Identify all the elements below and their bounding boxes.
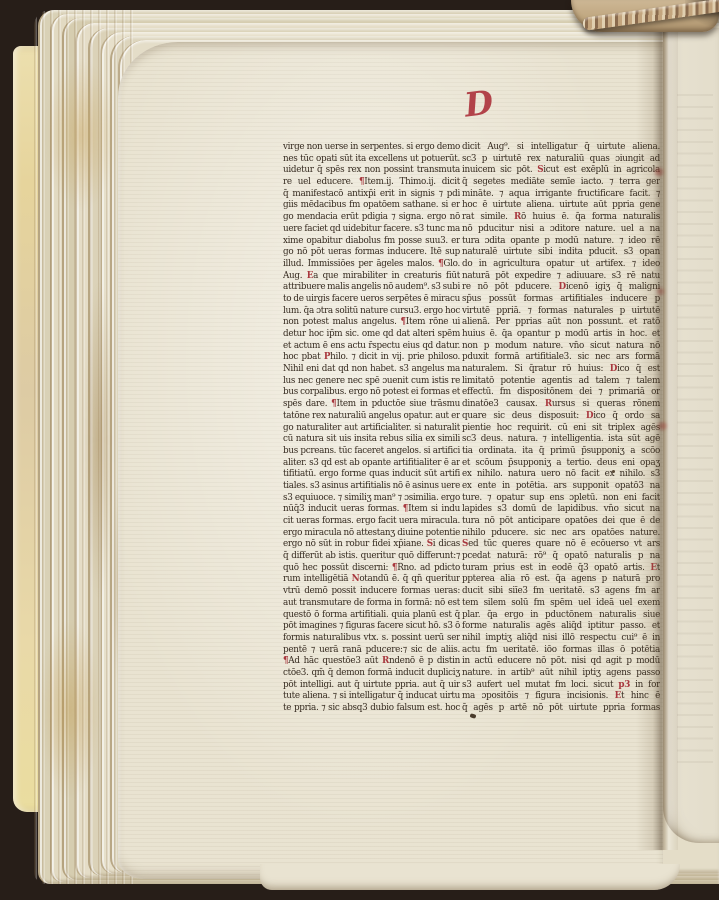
rubric-mark: D: [559, 282, 566, 292]
edge-stain: [46, 60, 116, 210]
text-line: uidetur q̄ spēs rex non possint transmut…: [283, 164, 460, 176]
text-line: formis naturalibus vtx. s. possint uerū …: [283, 632, 460, 644]
text-line: re uel educere. ¶Item.ij. Thimo.ij. dici…: [283, 176, 460, 188]
text-line: spēs dare. ¶Item in pductōe siue trāsmu: [283, 398, 460, 410]
text-line: dicit Aug⁹. si intelligatur q̄ uirtute a…: [462, 141, 660, 153]
text-line: nihil imptiʒ aliq̄d nisi illō respectu c…: [462, 632, 660, 644]
page-bottom-curve: [260, 864, 680, 890]
edge-stain: [84, 280, 114, 600]
text-line: bus pcreans. tūc faceret angelos. si art…: [283, 445, 460, 457]
text-line: q̄ manifestacō antixp̄i erit in signis ⁊…: [283, 188, 460, 200]
text-line: ex ente in potētia. ars supponit opatō3 …: [462, 480, 660, 492]
text-line: non p modum nature. vn̄o sicut natura nō: [462, 340, 660, 352]
text-line: nō pducitur nisi a ɔditore nature. uel a…: [462, 223, 660, 235]
text-line: naturalem. Si q̄ratur rō huius: Dico q̄ …: [462, 363, 660, 375]
text-line: bus corpalibus. ergo nō potest ei formas…: [283, 386, 460, 398]
rubric-mark: R: [545, 399, 552, 409]
text-line: cū natura sit uis insita rebus silia ex …: [283, 433, 460, 445]
text-line: ctōe3. qm̄ q̄ demon formā inducit duplic…: [283, 667, 460, 679]
text-line: uere faciet qd uidebitur facere. s3 tunc…: [283, 223, 460, 235]
text-line: s3 equiuoce. ⁊ similiʒ man⁹ ⁊ ɔsimilia. …: [283, 492, 460, 504]
text-line: lapides s3 domū de lapidibus. vn̄o sicut…: [462, 503, 660, 515]
text-line: sp̄us possūt formas artifitiales inducer…: [462, 293, 660, 305]
text-line: tia ordinata. ita q̄ primū p̄supponiʒ a …: [462, 445, 660, 457]
text-line: ex nihilo. natura uero nō facit ex nihil…: [462, 468, 660, 480]
text-line: pientie hoc requirit. cū eni sit triplex…: [462, 422, 660, 434]
text-line: virge non uerse in serpentes. si ergo de…: [283, 141, 460, 153]
text-line: sc3 p uirtutē rex naturaliū quas ɔiungit…: [462, 153, 660, 165]
text-line: limitatō potentie agentis ad talem ⁊ tal…: [462, 375, 660, 387]
text-line: xime opabitur diabolus fm posse suu3. er: [283, 235, 460, 247]
gutter-fold-shadow: [636, 26, 678, 850]
text-line: ppterea alia rō est. q̄a agens p naturā …: [462, 573, 660, 585]
text-line: tute aliena. ⁊ si intelligatur q̄ induca…: [283, 690, 460, 702]
text-line: aut transmutare de forma in formā: nō es…: [283, 597, 460, 609]
rubric-mark: p3: [618, 680, 630, 690]
text-line: ergo nō sūt in robur fidei xp̄iane. Si d…: [283, 538, 460, 550]
text-line: q̄ agēs p artē nō pōt uirtute ppria form…: [462, 702, 660, 714]
text-line: Nihil eni dat qd non habet. s3 angelus m…: [283, 363, 460, 375]
text-line: quō hec possūt discerni: ¶R̄no. ad pdict…: [283, 562, 460, 574]
text-line: lum. q̄a ɔtra solitū nature cursu3. ergo…: [283, 305, 460, 317]
text-line: tura nō pōt anticipare opatōes dei que ē…: [462, 515, 660, 527]
text-line: go nō pōt ueras formas inducere. Itē sup: [283, 246, 460, 258]
text-line: detur hoc ip̄m sic. ome qd dat alteri sp…: [283, 328, 460, 340]
text-line: hoc ē uirtute aliena. uirtute aūt ppria …: [462, 199, 660, 211]
text-line: pōt intelligi. aut q̄ uirtute ppria. aut…: [283, 679, 460, 691]
text-line: pentē ⁊ uerā ranā pducere:⁊ sic de aliis…: [283, 644, 460, 656]
text-line: pduxit formā artifitiale3. sic nec ars f…: [462, 351, 660, 363]
text-line: rum intelligētiā Notandū ē. q̄ qn̄ queri…: [283, 573, 460, 585]
text-line: aliter. s3 qd est ab opante artifitialit…: [283, 457, 460, 469]
text-line: alienā. Per pprias aūt non possunt. et r…: [462, 316, 660, 328]
text-line: rat simile. Rō huius ē. q̄a forma natura…: [462, 211, 660, 223]
text-line: actu fm ueritatē. iōo formas illas ō pot…: [462, 644, 660, 656]
text-line: ma ɔpositōis ⁊ figura incisionis. Et hin…: [462, 690, 660, 702]
text-line: vtrū demō possit inducere formas ueras:: [283, 585, 460, 597]
text-line: questō ō forma artifitiali. quia planū e…: [283, 609, 460, 621]
text-line: do in agricultura opatur ut artifex. ⁊ i…: [462, 258, 660, 270]
text-line: ducit sibi siīe3 fm ueritatē. s3 agens f…: [462, 585, 660, 597]
text-line: te ppria. ⁊ sic absq3 dubio falsum est. …: [283, 702, 460, 714]
text-line: nūq̄3 inducit ueras formas. ¶Item si ind…: [283, 503, 460, 515]
text-line: dinatōe3 causax. Rursus si queras rōnem: [462, 398, 660, 410]
text-line: virtutē ppriā. ⁊ formas naturales p uirt…: [462, 305, 660, 317]
rubric-mark: D: [610, 364, 617, 374]
text-line: naturā pōt expedire ⁊ adiuuare. s3 rē na…: [462, 270, 660, 282]
text-line: q̄ segetes mediāte semīe iacto. ⁊ terra …: [462, 176, 660, 188]
text-line: nature. in artib⁹ aūt nihil iptiʒ agens …: [462, 667, 660, 679]
text-line: q̄ differūt ab istis. queritur quō diffe…: [283, 550, 460, 562]
text-line: mināte. ⁊ aqua irrigante fructificare fa…: [462, 188, 660, 200]
text-line: illud. Immissiōes per āgeles malos. ¶Glo…: [283, 258, 460, 270]
text-line: cit ueras formas. ergo facit uera miracu…: [283, 515, 460, 527]
text-line: pōt imagines ⁊ figuras facere sicut hō. …: [283, 620, 460, 632]
text-line: forme naturalis agēs aliq̄d iptitur pass…: [462, 620, 660, 632]
rubric-mark: R: [382, 656, 389, 666]
text-line: tifitiatū. ergo forme quas inducit sūt a…: [283, 468, 460, 480]
text-line: hoc pbat Philo. ⁊ dicit in vij. prie phi…: [283, 351, 460, 363]
text-line: pcedat naturā: rō⁹ q̄ opatō naturalis p …: [462, 550, 660, 562]
text-line: non potest malus angelus. ¶Item rōne ui: [283, 316, 460, 328]
text-line: re nō pōt pducere. Dicenō igiʒ q̄ malign…: [462, 281, 660, 293]
text-line: tem silem solū fm spēm uel ideā uel exem: [462, 597, 660, 609]
text-line: plar. q̄a ergo in pductōnem naturalis si…: [462, 609, 660, 621]
rubric-mark: R: [514, 212, 521, 222]
text-line: nes tūc opati sūt ita excellens ut potue…: [283, 153, 460, 165]
edge-stain: [40, 620, 100, 800]
ink-speck: [612, 470, 615, 473]
text-line: tatōne rex naturaliū angelus opatur. aut…: [283, 410, 460, 422]
text-line: huius ē. q̄a opantur p modū artis in hoc…: [462, 328, 660, 340]
text-line: to de uirgis facere ueros serpētes ē mir…: [283, 293, 460, 305]
text-line: go naturaliter aut artificialiter. si na…: [283, 422, 460, 434]
text-line: et scōum p̄supponiʒ a tertio. deus eni o…: [462, 457, 660, 469]
text-line: giis mēdacibus fm opatōem sathane. si er: [283, 199, 460, 211]
text-line: inuicem sic pōt. Sicut est exēplū in agr…: [462, 164, 660, 176]
text-line: Sed tūc queres quare nō ē ecōuerso vt ar…: [462, 538, 660, 550]
text-line: ¶Ad hāc questōe3 aūt Rndenō ē p distin: [283, 655, 460, 667]
text-line: sc3 deus. natura. ⁊ intelligentia. ista …: [462, 433, 660, 445]
text-line: et actum ē ens actu r̄spectu eius qd dat…: [283, 340, 460, 352]
text-line: effectū. fm dispositōnem dei ⁊ primariā …: [462, 386, 660, 398]
text-line: s3 aufert uel mutat fm loci. sicut p3 in…: [462, 679, 660, 691]
book-photo: D virge non uerse in serpentes. si ergo …: [0, 0, 719, 900]
text-line: ture. ⁊ opatur sup ens ɔpletū. non eni f…: [462, 492, 660, 504]
text-line: nihilo pducere. sic nec ars opatōes natu…: [462, 527, 660, 539]
text-line: attribuere malis angelis nō audem⁹. s3 s…: [283, 281, 460, 293]
text-line: tura ɔdita opante p modū nature. ⁊ ideo …: [462, 235, 660, 247]
ghost-text-showthrough: [677, 88, 713, 763]
text-line: Aug. Ea que mirabiliter in creaturis fiū…: [283, 270, 460, 282]
text-line: go mendacia erūt pdigia ⁊ signa. ergo nō: [283, 211, 460, 223]
text-line: naturalē uirtute sibi indita pducit. s3 …: [462, 246, 660, 258]
text-line: quare sic deus disposuit: Dico q̄ ordo s…: [462, 410, 660, 422]
text-line: tiales. s3 asinus artifitialis nō ē asin…: [283, 480, 460, 492]
text-line: turam prius est in eodē q̄3 opatō artis.…: [462, 562, 660, 574]
text-line: lus nec genere nec spē ɔuenit cum istis …: [283, 375, 460, 387]
text-column-left: virge non uerse in serpentes. si ergo de…: [283, 141, 460, 715]
text-column-right: dicit Aug⁹. si intelligatur q̄ uirtute a…: [462, 141, 660, 715]
text-line: in actū educere nō pōt. nisi qd agit p m…: [462, 655, 660, 667]
rubric-headline-letter: D: [458, 82, 501, 128]
text-line: ergo miracula nō attestanʒ diuine potent…: [283, 527, 460, 539]
